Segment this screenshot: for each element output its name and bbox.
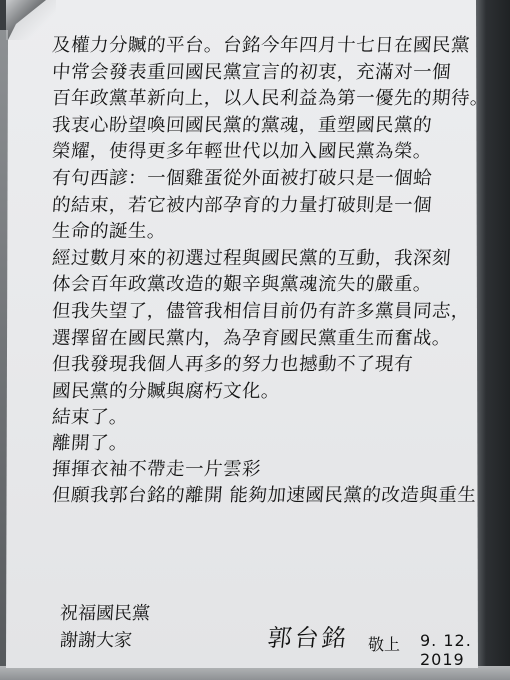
closing-line: 揮揮衣袖不帶走一片雲彩 — [51, 457, 503, 483]
closing-line: 但願我郭台銘的離開 能夠加速國民黨的改造與重生 — [51, 483, 503, 509]
closing-line: 結束了。 — [51, 405, 503, 431]
signature-suffix: 敬上 — [368, 632, 400, 655]
letter-line: 選擇留在國民黨内，為孕育國民黨重生而奮战。 — [51, 326, 503, 353]
letter-line: 但我發現我個人再多的努力也撼動不了現有 — [51, 352, 503, 379]
letter-line: 体会百年政黨改造的艱辛與黨魂流失的嚴重。 — [51, 272, 503, 299]
letter-line: 我衷心盼望喚回國民黨的黨魂，重塑國民黨的 — [51, 113, 503, 140]
letter-line: 但我失望了，儘管我相信目前仍有許多黨員同志， — [51, 299, 503, 326]
closing-line: 離開了。 — [51, 431, 503, 457]
signature-date: 9. 12. 2019 — [420, 631, 510, 669]
letter-line: 有句西諺：一個雞蛋從外面被打破只是一個蛤 — [51, 166, 503, 193]
letter-line: 榮耀，使得更多年輕世代以加入國民黨為榮。 — [51, 139, 503, 166]
salutation-line: 謝謝大家 — [59, 627, 151, 654]
letter-line: 百年政黨革新向上，以人民利益為第一優先的期待。 — [51, 86, 503, 113]
letter-line: 經过數月來的初選过程與國民黨的互動，我深刻 — [51, 246, 503, 273]
letter-body: 及權力分贓的平台。台銘今年四月十七日在國民黨 中常会發表重回國民黨宣言的初衷，充… — [52, 33, 502, 509]
letter-line: 中常会發表重回國民黨宣言的初衷，充滿对一個 — [51, 60, 503, 87]
salutation-block: 祝福國民黨 謝謝大家 — [60, 600, 150, 654]
salutation-line: 祝福國民黨 — [59, 600, 151, 627]
letter-line: 國民黨的分贓與腐朽文化。 — [51, 379, 503, 406]
letter-line: 生命的誕生。 — [51, 219, 503, 246]
letter-line: 及權力分贓的平台。台銘今年四月十七日在國民黨 — [51, 33, 503, 60]
signature-name: 郭台銘 — [266, 618, 351, 653]
letter-line: 的結束，若它被内部孕育的力量打破則是一個 — [51, 193, 503, 220]
paper-fold-shadow — [6, 0, 56, 40]
